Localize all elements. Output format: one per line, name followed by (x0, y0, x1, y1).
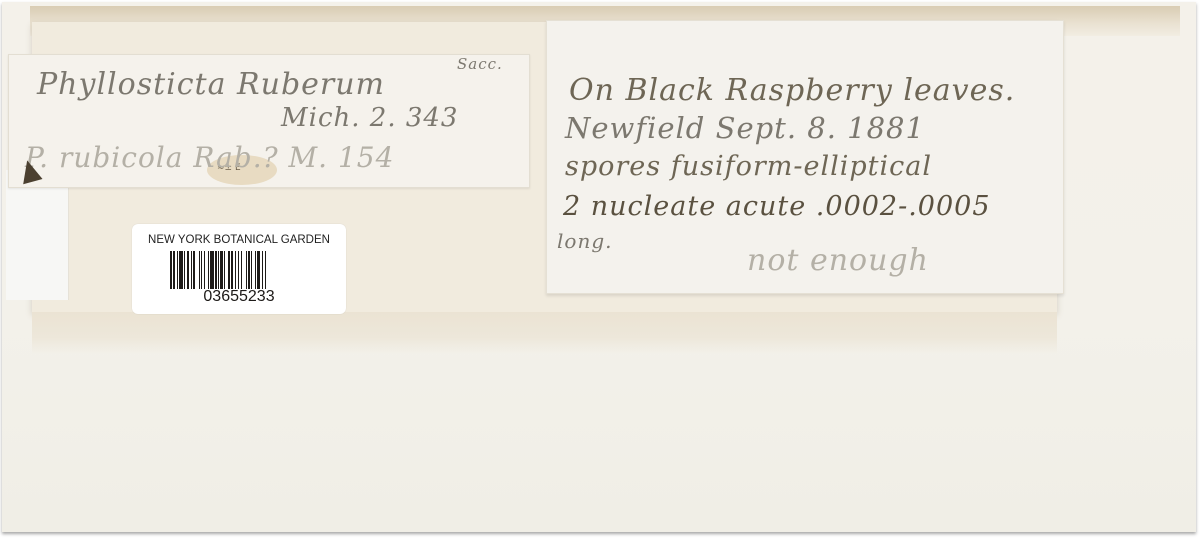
note-line-5: long. (557, 229, 612, 253)
paper-strip (6, 170, 69, 300)
collection-note-label: On Black Raspberry leaves. Newfield Sept… (546, 20, 1064, 294)
barcode-icon (170, 251, 310, 289)
pencil-note: not enough (747, 243, 929, 278)
note-line-2: Newfield Sept. 8. 1881 (565, 111, 925, 145)
taxon-authority: Sacc. (457, 55, 503, 73)
barcode-label: NEW YORK BOTANICAL GARDEN 03655233 (132, 224, 346, 314)
determination-label: Phyllosticta Ruberum Sacc. ≈± E Mich. 2.… (8, 54, 530, 188)
reference-line: Mich. 2. 343 (281, 103, 458, 133)
packet-flap (32, 312, 1057, 354)
institution-name: NEW YORK BOTANICAL GARDEN (132, 234, 346, 246)
taxon-name: Phyllosticta Ruberum (37, 67, 385, 102)
barcode-bar (266, 251, 268, 289)
note-line-4: 2 nucleate acute .0002-.0005 (563, 191, 991, 222)
barcode-number: 03655233 (132, 288, 346, 306)
note-line-3: spores fusiform-elliptical (565, 151, 932, 182)
synonym-line: P. rubicola Rab.? M. 154 (25, 141, 394, 174)
note-line-1: On Black Raspberry leaves. (569, 73, 1015, 108)
